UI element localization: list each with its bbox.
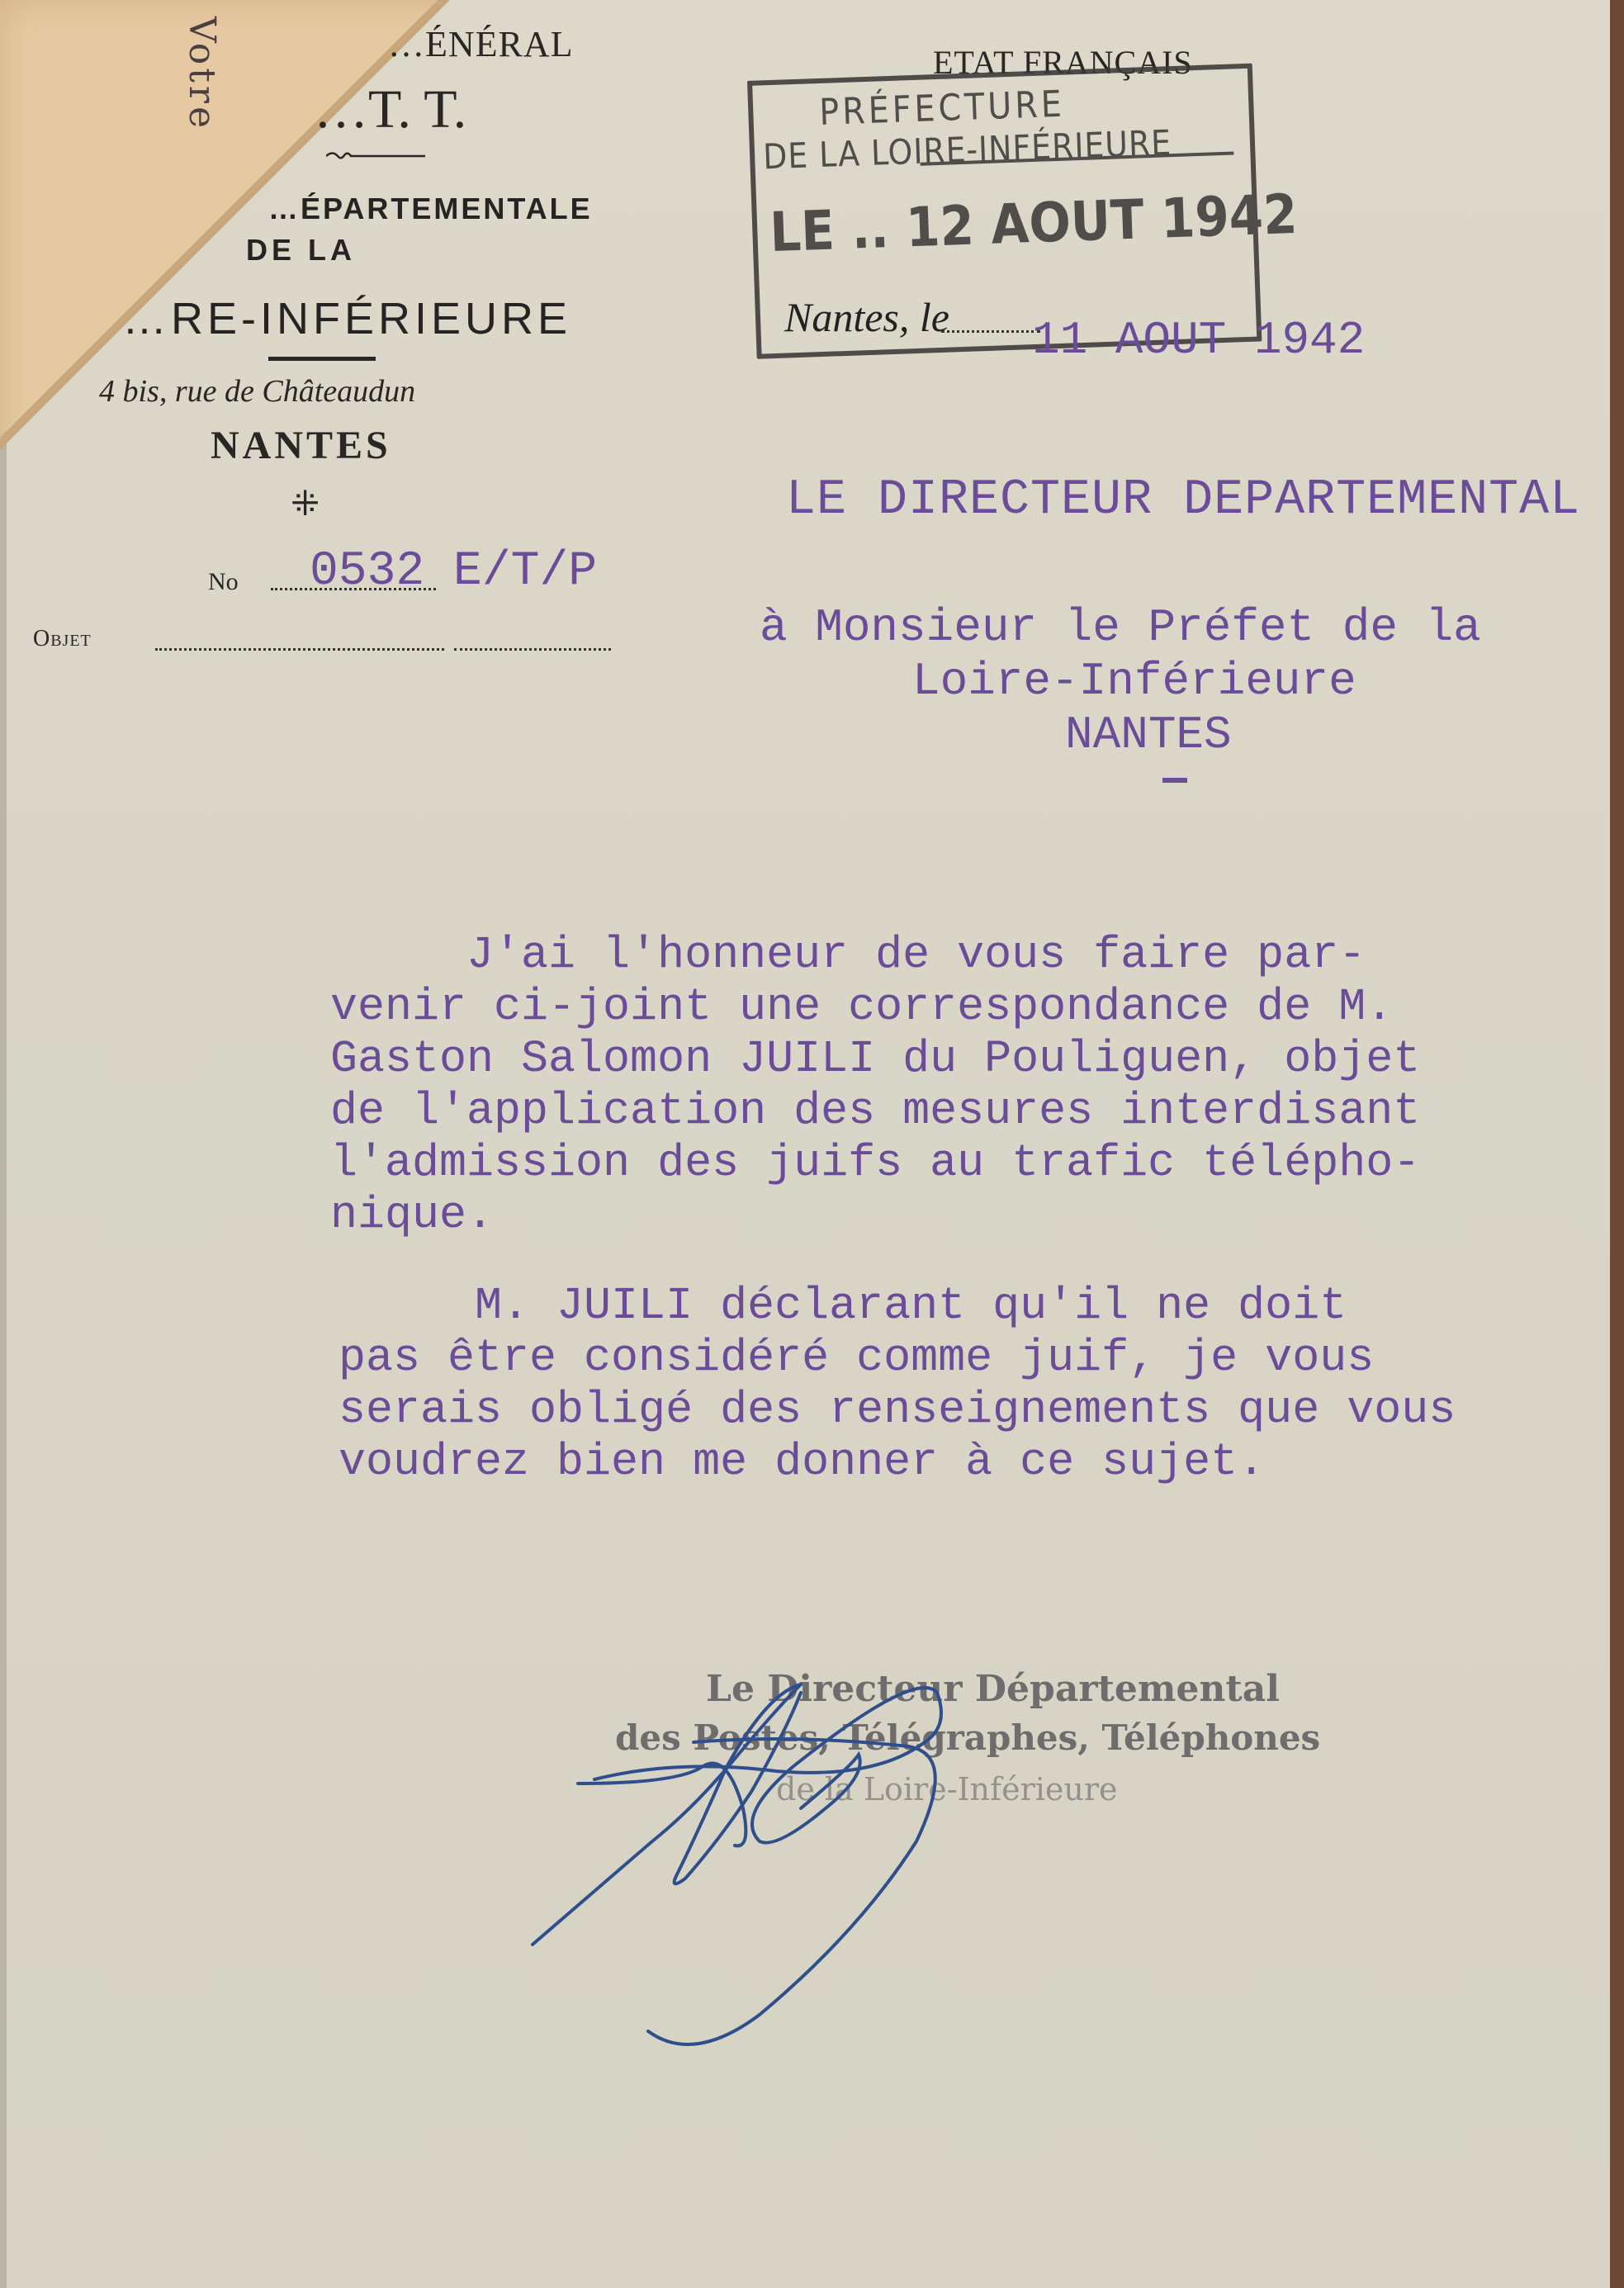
body-paragraph-1: J'ai l'honneur de vous faire par- venir … (330, 929, 1585, 1241)
letterhead-de-la: DE LA (246, 233, 356, 268)
body-line: pas être considéré comme juif, je vous (339, 1332, 1593, 1384)
letterhead-address: 4 bis, rue de Châteaudun (99, 373, 415, 410)
letterhead-city: NANTES (211, 423, 391, 468)
letterhead-loire-inferieure: …RE-INFÉRIEURE (122, 293, 571, 344)
recipient-line-3: NANTES (1065, 708, 1232, 761)
body-line: voudrez bien me donner à ce sujet. (339, 1436, 1593, 1488)
object-label: Objet (33, 626, 92, 652)
letterhead-departementale: …ÉPARTEMENTALE (268, 192, 593, 226)
handwritten-signature-icon (528, 1643, 1420, 2072)
letterhead-line1: …ÉNÉRAL (388, 23, 574, 65)
letter-date: 11 AOUT 1942 (1032, 314, 1365, 367)
object-dotted-line-2 (454, 648, 611, 651)
reference-number-label: No (208, 568, 239, 596)
recipient-line-2: Loire-Inférieure (912, 655, 1356, 708)
letterhead-ptt: …T. T. (314, 78, 466, 141)
body-line: J'ai l'honneur de vous faire par- (330, 929, 1585, 981)
body-line: l'admission des juifs au trafic télépho- (330, 1137, 1585, 1189)
folded-corner-text: Votre (181, 17, 223, 131)
object-dotted-line-1 (155, 648, 444, 651)
body-line: de l'application des mesures interdisant (330, 1085, 1585, 1137)
place-dotted-line (941, 330, 1040, 333)
letterhead-divider (268, 357, 376, 361)
table-wood-edge (1610, 0, 1624, 2288)
place-label: Nantes, le (784, 293, 949, 341)
asterism-ornament-icon: ⁜ (291, 483, 320, 524)
recipient-line-1: à Monsieur le Préfet de la (760, 601, 1481, 654)
stamp-line-prefecture: PRÉFECTURE (819, 83, 1066, 134)
reference-number-value: 0532 E/T/P (310, 545, 597, 599)
body-line: M. JUILI déclarant qu'il ne doit (339, 1280, 1593, 1332)
body-line: venir ci-joint une correspondance de M. (330, 981, 1585, 1033)
body-paragraph-2: M. JUILI déclarant qu'il ne doit pas êtr… (339, 1280, 1593, 1488)
sender-title: LE DIRECTEUR DEPARTEMENTAL (786, 472, 1580, 528)
recipient-dash (1162, 778, 1187, 783)
stamp-line-date: LE .. 12 AOUT 1942 (769, 182, 1298, 264)
flourish-ornament-icon (326, 149, 425, 162)
body-line: nique. (330, 1189, 1585, 1241)
body-line: Gaston Salomon JUILI du Pouliguen, objet (330, 1033, 1585, 1085)
body-line: serais obligé des renseignements que vou… (339, 1384, 1593, 1436)
